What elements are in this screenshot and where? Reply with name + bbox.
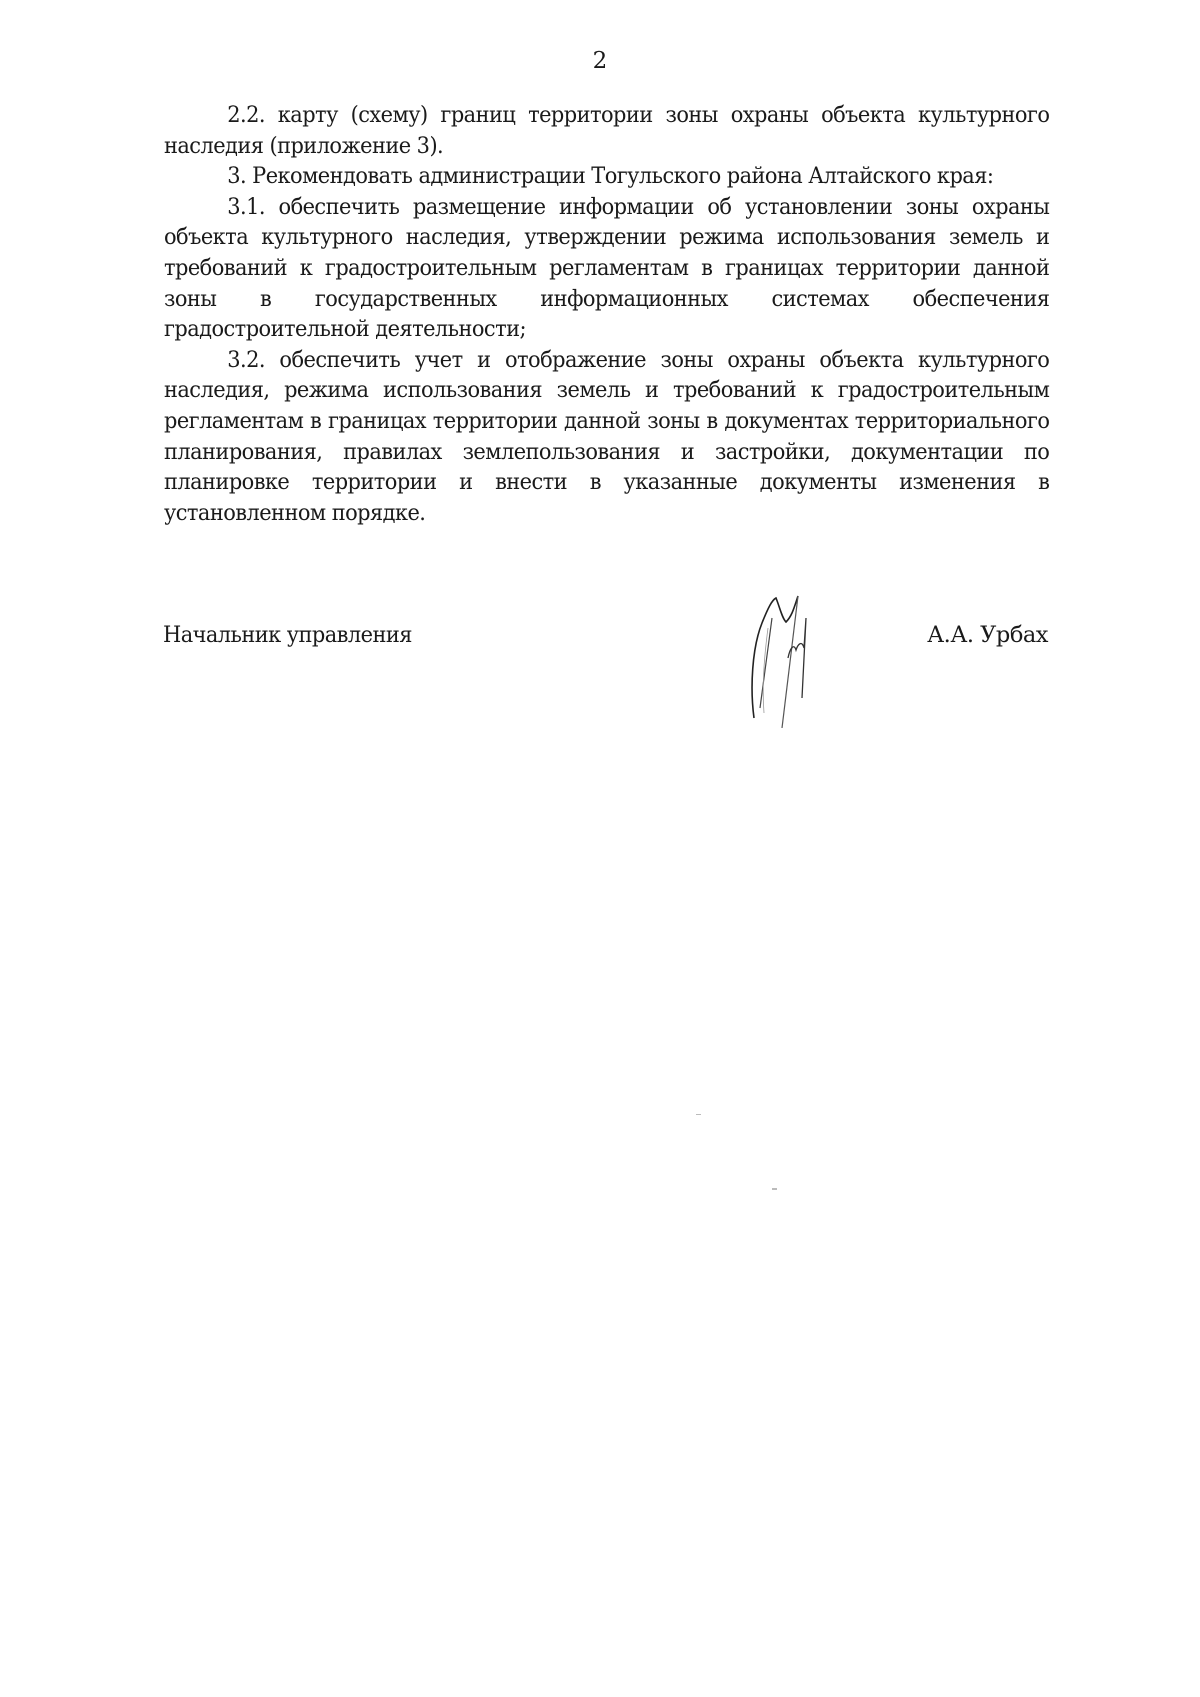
paragraph-3-1: 3.1. обеспечить размещение информации об… xyxy=(164,192,1049,345)
paragraph-2-2: 2.2. карту (схему) границ территории зон… xyxy=(164,100,1049,161)
handwritten-signature-icon xyxy=(742,588,852,728)
signature-block: Начальник управления А.А. Урбах xyxy=(0,618,1200,738)
signatory-position: Начальник управления xyxy=(163,622,412,648)
scan-speck xyxy=(772,1188,777,1190)
scan-speck xyxy=(696,1114,701,1115)
document-body: 2.2. карту (схему) границ территории зон… xyxy=(164,100,1049,528)
page-number: 2 xyxy=(0,48,1200,74)
signatory-name: А.А. Урбах xyxy=(927,622,1048,648)
paragraph-3: 3. Рекомендовать администрации Тогульско… xyxy=(164,161,1049,192)
paragraph-3-2: 3.2. обеспечить учет и отображение зоны … xyxy=(164,345,1049,529)
